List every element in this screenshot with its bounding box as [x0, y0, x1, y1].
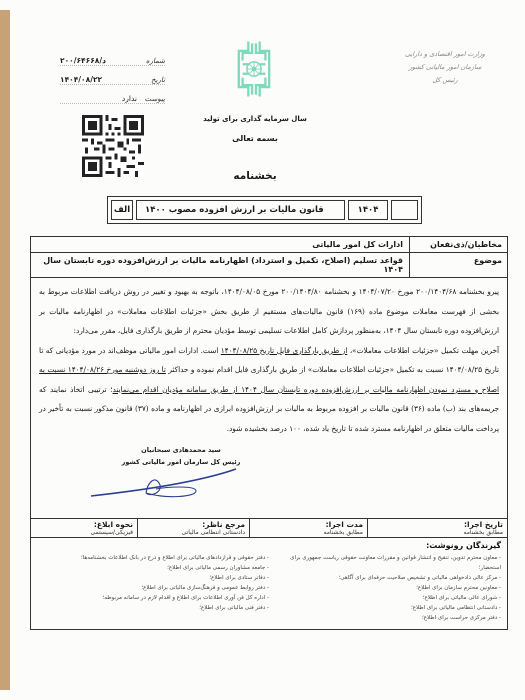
signature-block: سید محمدهادی سبحانیان رئیس کل سازمان امو… [31, 438, 507, 518]
ministry-letterhead: وزارت امور اقتصادی و دارایی سازمان امور … [390, 48, 500, 87]
supervisor-label: مرجع ناظر: [142, 520, 245, 529]
copy-recipients-right: - معاون محترم تدوین، تنقیح و انتشار قوان… [269, 553, 501, 623]
copy-recipients-title: گیرندگان رونوشت: [37, 541, 501, 551]
document-title: بخشنامه [205, 170, 305, 182]
notification-method-value: فیزیکی/سیستمی [35, 529, 133, 536]
number-value: د/۲۰۰/۶۴۶۶۸ [60, 56, 141, 65]
letter-date-row: تاریخ ۱۴۰۴/۰۸/۲۲ [60, 69, 165, 85]
execution-duration-value: مطابق بخشنامه [254, 529, 363, 536]
tax-organization-logo-icon [235, 38, 273, 100]
notification-method-cell: نحوه ابلاغ: فیزیکی/سیستمی [31, 519, 137, 537]
classification-category: الف [111, 200, 133, 220]
circular-body-table: مخاطبان/ذی‌نفعان ادارات کل امور مالیاتی … [30, 236, 508, 630]
cc-item: - دفتر حقوقی و قراردادهای مالیاتی برای ا… [37, 553, 269, 563]
paragraph-1: پیرو بخشنامه ۲۰۰/۱۴۰۴/۶۸ مورخ ۱۴۰۴/۰۷/۲۰… [39, 282, 499, 341]
execution-date-value: مطابق بخشنامه [372, 529, 503, 536]
cc-item: - دفتر فنی مالیاتی برای اطلاع؛ [37, 603, 269, 613]
attachment-value: ندارد [60, 94, 141, 103]
subject-value: قواعد تسلیم (اصلاح، تکمیل و استرداد) اظه… [31, 253, 409, 277]
supervisor-cell: مرجع ناظر: دادستانی انتظامی مالیاتی [137, 519, 249, 537]
date-value: ۱۴۰۴/۰۸/۲۲ [60, 75, 141, 84]
circular-document: شماره د/۲۰۰/۶۴۶۶۸ تاریخ ۱۴۰۴/۰۸/۲۲ پیوست… [10, 0, 525, 700]
subject-row: موضوع قواعد تسلیم (اصلاح، تکمیل و استردا… [31, 253, 507, 278]
attachment-label: پیوست [141, 95, 165, 103]
execution-date-label: تاریخ اجرا: [372, 520, 503, 529]
cc-item: - معاونین محترم سازمان برای اطلاع؛ [269, 583, 501, 593]
execution-duration-cell: مدت اجرا: مطابق بخشنامه [249, 519, 367, 537]
cc-item: - اداره کل فن آوری اطلاعات برای اطلاع و … [37, 593, 269, 603]
paragraph-2-deadline: از طریق بارگذاری فایل تاریخ ۱۴۰۴/۰۸/۲۵ [221, 346, 348, 355]
signer-name: سید محمدهادی سبحانیان [116, 446, 246, 454]
cc-item: - شورای عالی مالیاتی برای اطلاع؛ [269, 593, 501, 603]
classification-year: ۱۴۰۴ [348, 200, 388, 220]
circular-body-text: پیرو بخشنامه ۲۰۰/۱۴۰۴/۶۸ مورخ ۱۴۰۴/۰۷/۲۰… [31, 278, 507, 438]
paragraph-2-part-a: آخرین مهلت تکمیل «جزئیات اطلاعات معاملات… [347, 346, 499, 355]
scan-edge [0, 10, 10, 690]
ministry-line-1: وزارت امور اقتصادی و دارایی [390, 48, 500, 61]
cc-item: - مرکز عالی دادخواهی مالیاتی و تشخیص صلا… [269, 573, 501, 583]
classification-law: قانون مالیات بر ارزش افزوده مصوب ۱۴۰۰ [136, 200, 345, 220]
recipients-label: مخاطبان/ذی‌نفعان [409, 237, 507, 252]
subject-label: موضوع [409, 253, 507, 277]
letter-meta: شماره د/۲۰۰/۶۴۶۶۸ تاریخ ۱۴۰۴/۰۸/۲۲ پیوست… [60, 50, 165, 107]
recipients-value: ادارات کل امور مالیاتی [31, 237, 409, 252]
ministry-line-2: سازمان امور مالیاتی کشور [390, 61, 500, 74]
cc-item: - معاون محترم تدوین، تنقیح و انتشار قوان… [269, 553, 501, 573]
supervisor-value: دادستانی انتظامی مالیاتی [142, 529, 245, 536]
cc-item: - جامعه مشاوران رسمی مالیاتی برای اطلاع؛ [37, 563, 269, 573]
cc-item: - دفاتر ستادی برای اطلاع؛ [37, 573, 269, 583]
letter-number-row: شماره د/۲۰۰/۶۴۶۶۸ [60, 50, 165, 66]
qr-code-icon [82, 115, 144, 177]
year-slogan: سال سرمایه گذاری برای تولید [200, 115, 310, 123]
number-label: شماره [141, 57, 165, 65]
date-label: تاریخ [141, 76, 165, 84]
cc-item: - دفتر مرکزی حراست برای اطلاع؛ [269, 613, 501, 623]
cc-item: - دادستانی انتظامی مالیاتی برای اطلاع؛ [269, 603, 501, 613]
execution-duration-label: مدت اجرا: [254, 520, 363, 529]
recipients-row: مخاطبان/ذی‌نفعان ادارات کل امور مالیاتی [31, 237, 507, 253]
letter-attachment-row: پیوست ندارد [60, 88, 165, 104]
classification-empty-cell [391, 200, 418, 220]
copy-recipients-columns: - معاون محترم تدوین، تنقیح و انتشار قوان… [37, 553, 501, 623]
classification-box: ۱۴۰۴ قانون مالیات بر ارزش افزوده مصوب ۱۴… [107, 196, 422, 224]
bismillah: بسمه تعالی [200, 134, 310, 143]
notification-method-label: نحوه ابلاغ: [35, 520, 133, 529]
paragraph-2: آخرین مهلت تکمیل «جزئیات اطلاعات معاملات… [39, 341, 499, 439]
execution-row: تاریخ اجرا: مطابق بخشنامه مدت اجرا: مطاب… [31, 518, 507, 538]
signature-icon [86, 463, 246, 503]
ministry-line-3: رئیس کل [390, 74, 500, 87]
cc-item: - دفتر روابط عمومی و فرهنگ‌سازی مالیاتی … [37, 583, 269, 593]
execution-date-cell: تاریخ اجرا: مطابق بخشنامه [367, 519, 507, 537]
copy-recipients-left: - دفتر حقوقی و قراردادهای مالیاتی برای ا… [37, 553, 269, 623]
copy-recipients: گیرندگان رونوشت: - معاون محترم تدوین، تن… [31, 538, 507, 629]
